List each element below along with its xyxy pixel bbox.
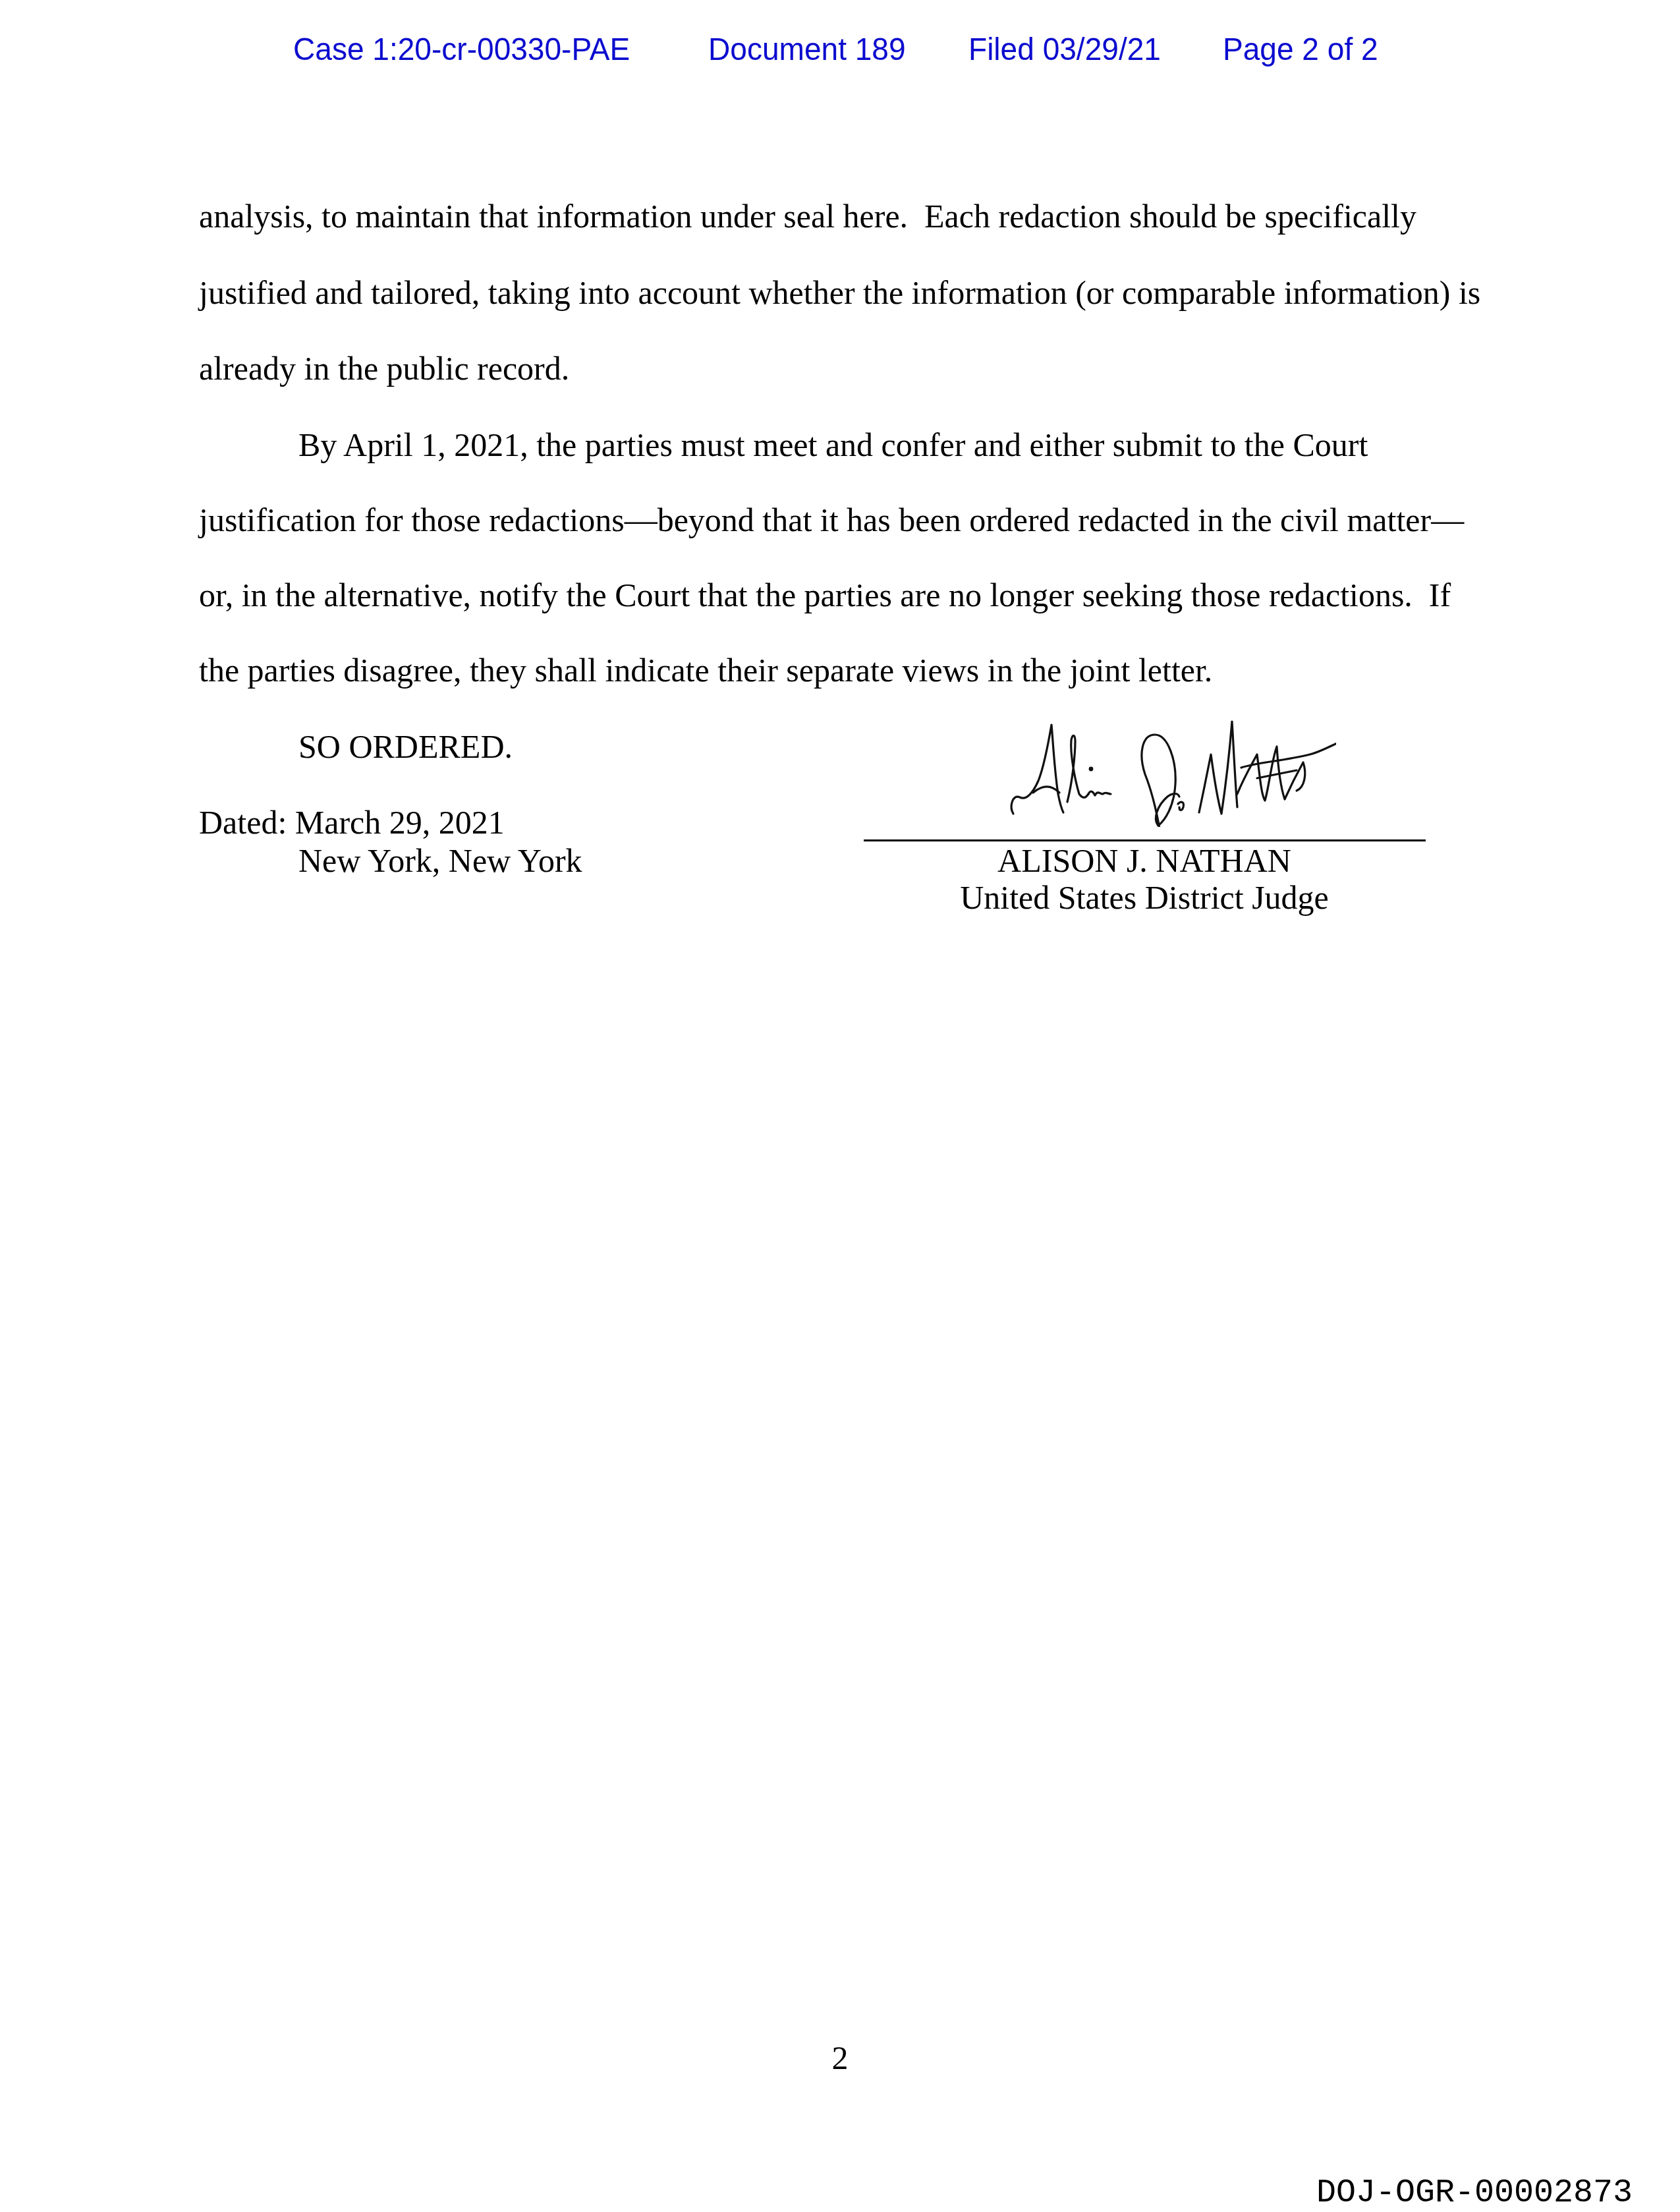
- header-document-number: Document 189: [708, 34, 906, 66]
- header-filed-date: Filed 03/29/21: [968, 34, 1161, 66]
- signature-icon: [1007, 715, 1336, 827]
- document-page: Case 1:20-cr-00330-PAE Document 189 File…: [0, 0, 1680, 2212]
- paragraph-2-line-4: the parties disagree, they shall indicat…: [199, 654, 1212, 687]
- header-page-count: Page 2 of 2: [1223, 34, 1378, 66]
- dated-line: Dated: March 29, 2021: [199, 806, 505, 839]
- page-number: 2: [807, 2041, 873, 2074]
- judge-title: United States District Judge: [861, 881, 1428, 914]
- bates-number: DOJ-OGR-00002873: [1316, 2177, 1633, 2210]
- paragraph-1-line-1: analysis, to maintain that information u…: [199, 200, 1416, 233]
- paragraph-2-line-3: or, in the alternative, notify the Court…: [199, 579, 1451, 611]
- signature-line: [864, 839, 1426, 841]
- paragraph-2-line-2: justification for those redactions—beyon…: [199, 503, 1464, 536]
- paragraph-1-line-2: justified and tailored, taking into acco…: [199, 276, 1480, 309]
- so-ordered: SO ORDERED.: [298, 730, 513, 763]
- paragraph-2-line-1: By April 1, 2021, the parties must meet …: [298, 428, 1368, 461]
- dated-location: New York, New York: [298, 844, 582, 877]
- judge-name: ALISON J. NATHAN: [861, 844, 1428, 877]
- paragraph-1-line-3: already in the public record.: [199, 352, 569, 385]
- header-case-number: Case 1:20-cr-00330-PAE: [293, 34, 630, 66]
